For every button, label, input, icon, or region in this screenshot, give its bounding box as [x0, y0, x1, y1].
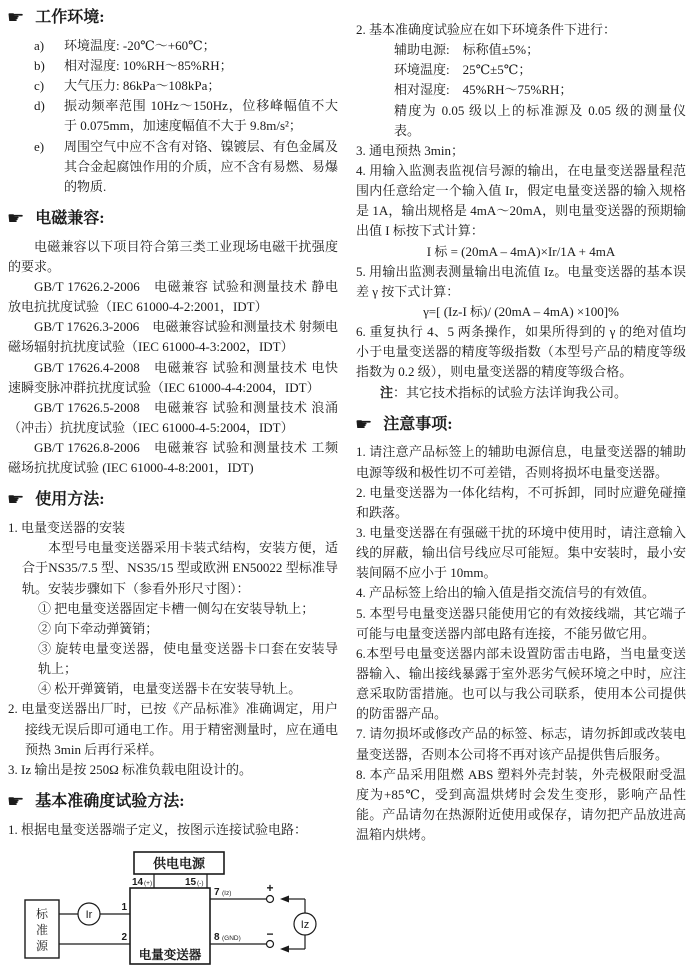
emc-paragraph: GB/T 17626.5-2008 电磁兼容 试验和测量技术 浪涌（冲击）抗扰度…	[8, 398, 338, 438]
left-column: ☛ 工作环境: a) 环境温度: -20℃～+60℃； b) 相对湿度: 10%…	[8, 6, 338, 971]
pointing-hand-icon: ☛	[7, 10, 25, 27]
arrowhead-top	[280, 895, 289, 902]
ir-meter-label: Ir	[86, 909, 93, 921]
pin15-label: 15	[185, 877, 197, 888]
section-title: 基本准确度试验方法:	[35, 792, 184, 813]
pin8-sub-label: (GND)	[222, 935, 241, 942]
list-item: a) 环境温度: -20℃～+60℃；	[34, 36, 338, 56]
section-title: 工作环境:	[35, 8, 104, 29]
precaution-item: 1. 请注意产品标签上的辅助电源信息，电量变送器的辅助电源等级和极性切不可差错，…	[356, 442, 686, 482]
section-title: 电磁兼容:	[35, 209, 104, 230]
plus-terminal	[267, 895, 274, 902]
standard-source-char: 准	[36, 922, 48, 937]
precaution-item: 7. 请勿损坏或修改产品的标签、标志，请勿拆卸或改装电量变送器，否则本公司将不再…	[356, 724, 686, 764]
test-condition: 环境温度: 25℃±5℃；	[394, 60, 686, 80]
list-item-text: 振动频率范围 10Hz～150Hz，位移峰幅值不大于 0.075mm，加速度幅值…	[64, 96, 338, 136]
pointing-hand-icon: ☛	[7, 211, 25, 228]
emc-paragraph: GB/T 17626.8-2006 电磁兼容 试验和测量技术 工频磁场抗扰度试验…	[8, 438, 338, 478]
usage-step: ④ 松开弹簧销，电量变送器卡在安装导轨上。	[38, 679, 338, 699]
list-item: d) 振动频率范围 10Hz～150Hz，位移峰幅值不大于 0.075mm，加速…	[34, 96, 338, 136]
pin7-sub-label: (Iz)	[222, 890, 231, 897]
pin2-label: 2	[121, 932, 127, 943]
circuit-svg: 供电电源 14 (+) 15 (-) 电量变送器 标 准 源 Ir	[8, 850, 338, 970]
formula-expected-output: I 标 = (20mA – 4mA)×Ir/1A + 4mA	[356, 242, 686, 262]
plus-sign: +	[266, 881, 273, 895]
pointing-hand-icon: ☛	[7, 492, 25, 509]
usage-step: ① 把电量变送器固定卡槽一侧勾在安装导轨上；	[38, 599, 338, 619]
list-item-text: 周围空气中应不含有对铬、镍镀层、有色金属及其合金起腐蚀作用的介质，应不含有易燃、…	[64, 137, 338, 197]
emc-paragraph: GB/T 17626.3-2006 电磁兼容试验和测量技术 射频电磁场辐射抗扰度…	[8, 317, 338, 357]
arrowhead-bottom	[280, 945, 289, 952]
test-item-2-head: 2. 基本准确度试验应在如下环境条件下进行：	[356, 20, 686, 40]
list-item-label: d)	[34, 96, 64, 136]
test-item-4: 4. 用输入监测表监视信号源的输出，在电量变送器量程范围内任意给定一个输入值 I…	[356, 161, 686, 242]
precaution-item: 4. 产品标签上给出的输入值是指交流信号的有效值。	[356, 583, 686, 603]
test-condition: 辅助电源: 标称值±5%；	[394, 40, 686, 60]
usage-item-1-head: 1. 电量变送器的安装	[8, 518, 338, 538]
precaution-item: 6.本型号电量变送器内部未设置防雷击电路，当电量变送器输入、输出接线暴露于室外恶…	[356, 644, 686, 725]
minus-terminal	[267, 940, 274, 947]
formula-error: γ=[ (Iz-I 标)/ (20mA – 4mA) ×100]%	[356, 302, 686, 322]
pin1-label: 1	[121, 902, 127, 913]
section-header-precautions: ☛ 注意事项:	[356, 415, 686, 436]
section-title: 使用方法:	[35, 490, 104, 511]
pin7-label: 7	[214, 887, 220, 898]
emc-paragraph: GB/T 17626.2-2006 电磁兼容 试验和测量技术 静电放电抗扰度试验…	[8, 277, 338, 317]
precaution-item: 8. 本产品采用阻燃 ABS 塑料外壳封装，外壳极限耐受温度为+85℃，受到高温…	[356, 765, 686, 846]
test-item-3: 3. 通电预热 3min；	[356, 141, 686, 161]
standard-source-char: 标	[36, 906, 49, 921]
list-item-label: a)	[34, 36, 64, 56]
test-condition: 相对湿度: 45%RH～75%RH；	[394, 80, 686, 100]
pin14-label: 14	[132, 877, 144, 888]
test-item-5: 5. 用输出监测表测量输出电流值 Iz。电量变送器的基本误差 γ 按下式计算：	[356, 262, 686, 302]
iz-meter-label: Iz	[301, 919, 310, 931]
list-item: b) 相对湿度: 10%RH～85%RH；	[34, 56, 338, 76]
test-item-6: 6. 重复执行 4、5 两条操作，如果所得到的 γ 的绝对值均小于电量变送器的精…	[356, 322, 686, 382]
manual-page: ☛ 工作环境: a) 环境温度: -20℃～+60℃； b) 相对湿度: 10%…	[0, 0, 692, 971]
pointing-hand-icon: ☛	[7, 794, 25, 811]
usage-step: ③ 旋转电量变送器，使电量变送器卡口套在安装导轨上；	[38, 639, 338, 679]
section-header-emc: ☛ 电磁兼容:	[8, 209, 338, 230]
precaution-item: 3. 电量变送器在有强磁干扰的环境中使用时，请注意输入线的屏蔽，输出信号线应尽可…	[356, 523, 686, 583]
transducer-label: 电量变送器	[139, 947, 202, 962]
list-item-label: b)	[34, 56, 64, 76]
test-circuit-diagram: 供电电源 14 (+) 15 (-) 电量变送器 标 准 源 Ir	[8, 850, 338, 971]
note-text: ：其它技术指标的试验方法详询我公司。	[393, 385, 627, 400]
section-header-usage: ☛ 使用方法:	[8, 490, 338, 511]
list-item-text: 相对湿度: 10%RH～85%RH；	[64, 56, 338, 76]
list-item-text: 环境温度: -20℃～+60℃；	[64, 36, 338, 56]
note-label: 注	[380, 385, 393, 400]
power-supply-label: 供电电源	[153, 856, 206, 871]
usage-step: ② 向下牵动弹簧销；	[38, 619, 338, 639]
test-condition: 精度为 0.05 级以上的标准源及 0.05 级的测量仪表。	[394, 101, 686, 141]
pin15-sub-label: (-)	[197, 880, 204, 887]
accuracy-item-1: 1. 根据电量变送器端子定义，按图示连接试验电路：	[8, 820, 338, 840]
right-column: 2. 基本准确度试验应在如下环境条件下进行： 辅助电源: 标称值±5%； 环境温…	[356, 6, 686, 971]
emc-paragraph: GB/T 17626.4-2008 电磁兼容 试验和测量技术 电快速瞬变脉冲群抗…	[8, 358, 338, 398]
minus-sign: −	[266, 927, 273, 941]
section-title: 注意事项:	[383, 415, 452, 436]
note-line: 注：其它技术指标的试验方法详询我公司。	[380, 383, 686, 403]
precaution-item: 2. 电量变送器为一体化结构，不可拆卸，同时应避免碰撞和跌落。	[356, 483, 686, 523]
list-item-label: c)	[34, 76, 64, 96]
list-item: e) 周围空气中应不含有对铬、镍镀层、有色金属及其合金起腐蚀作用的介质，应不含有…	[34, 137, 338, 197]
list-item: c) 大气压力: 86kPa～108kPa；	[34, 76, 338, 96]
usage-item-3: 3. Iz 输出是按 250Ω 标准负载电阻设计的。	[8, 760, 338, 780]
pointing-hand-icon: ☛	[355, 417, 373, 434]
standard-source-char: 源	[36, 939, 49, 953]
pin14-sub-label: (+)	[144, 880, 152, 887]
list-item-text: 大气压力: 86kPa～108kPa；	[64, 76, 338, 96]
precaution-item: 5. 本型号电量变送器只能使用它的有效接线端，其它端子可能与电量变送器内部电路有…	[356, 604, 686, 644]
list-item-label: e)	[34, 137, 64, 197]
usage-item-2: 2. 电量变送器出厂时，已按《产品标准》准确调定，用户接线无误后即可通电工作。用…	[8, 699, 338, 759]
section-header-work-env: ☛ 工作环境:	[8, 8, 338, 29]
usage-item-1-body: 本型号电量变送器采用卡装式结构，安装方便，适合于NS35/7.5 型、NS35/…	[22, 538, 338, 598]
pin8-label: 8	[214, 932, 220, 943]
section-header-accuracy: ☛ 基本准确度试验方法:	[8, 792, 338, 813]
emc-paragraph: 电磁兼容以下项目符合第三类工业现场电磁干扰强度的要求。	[8, 237, 338, 277]
